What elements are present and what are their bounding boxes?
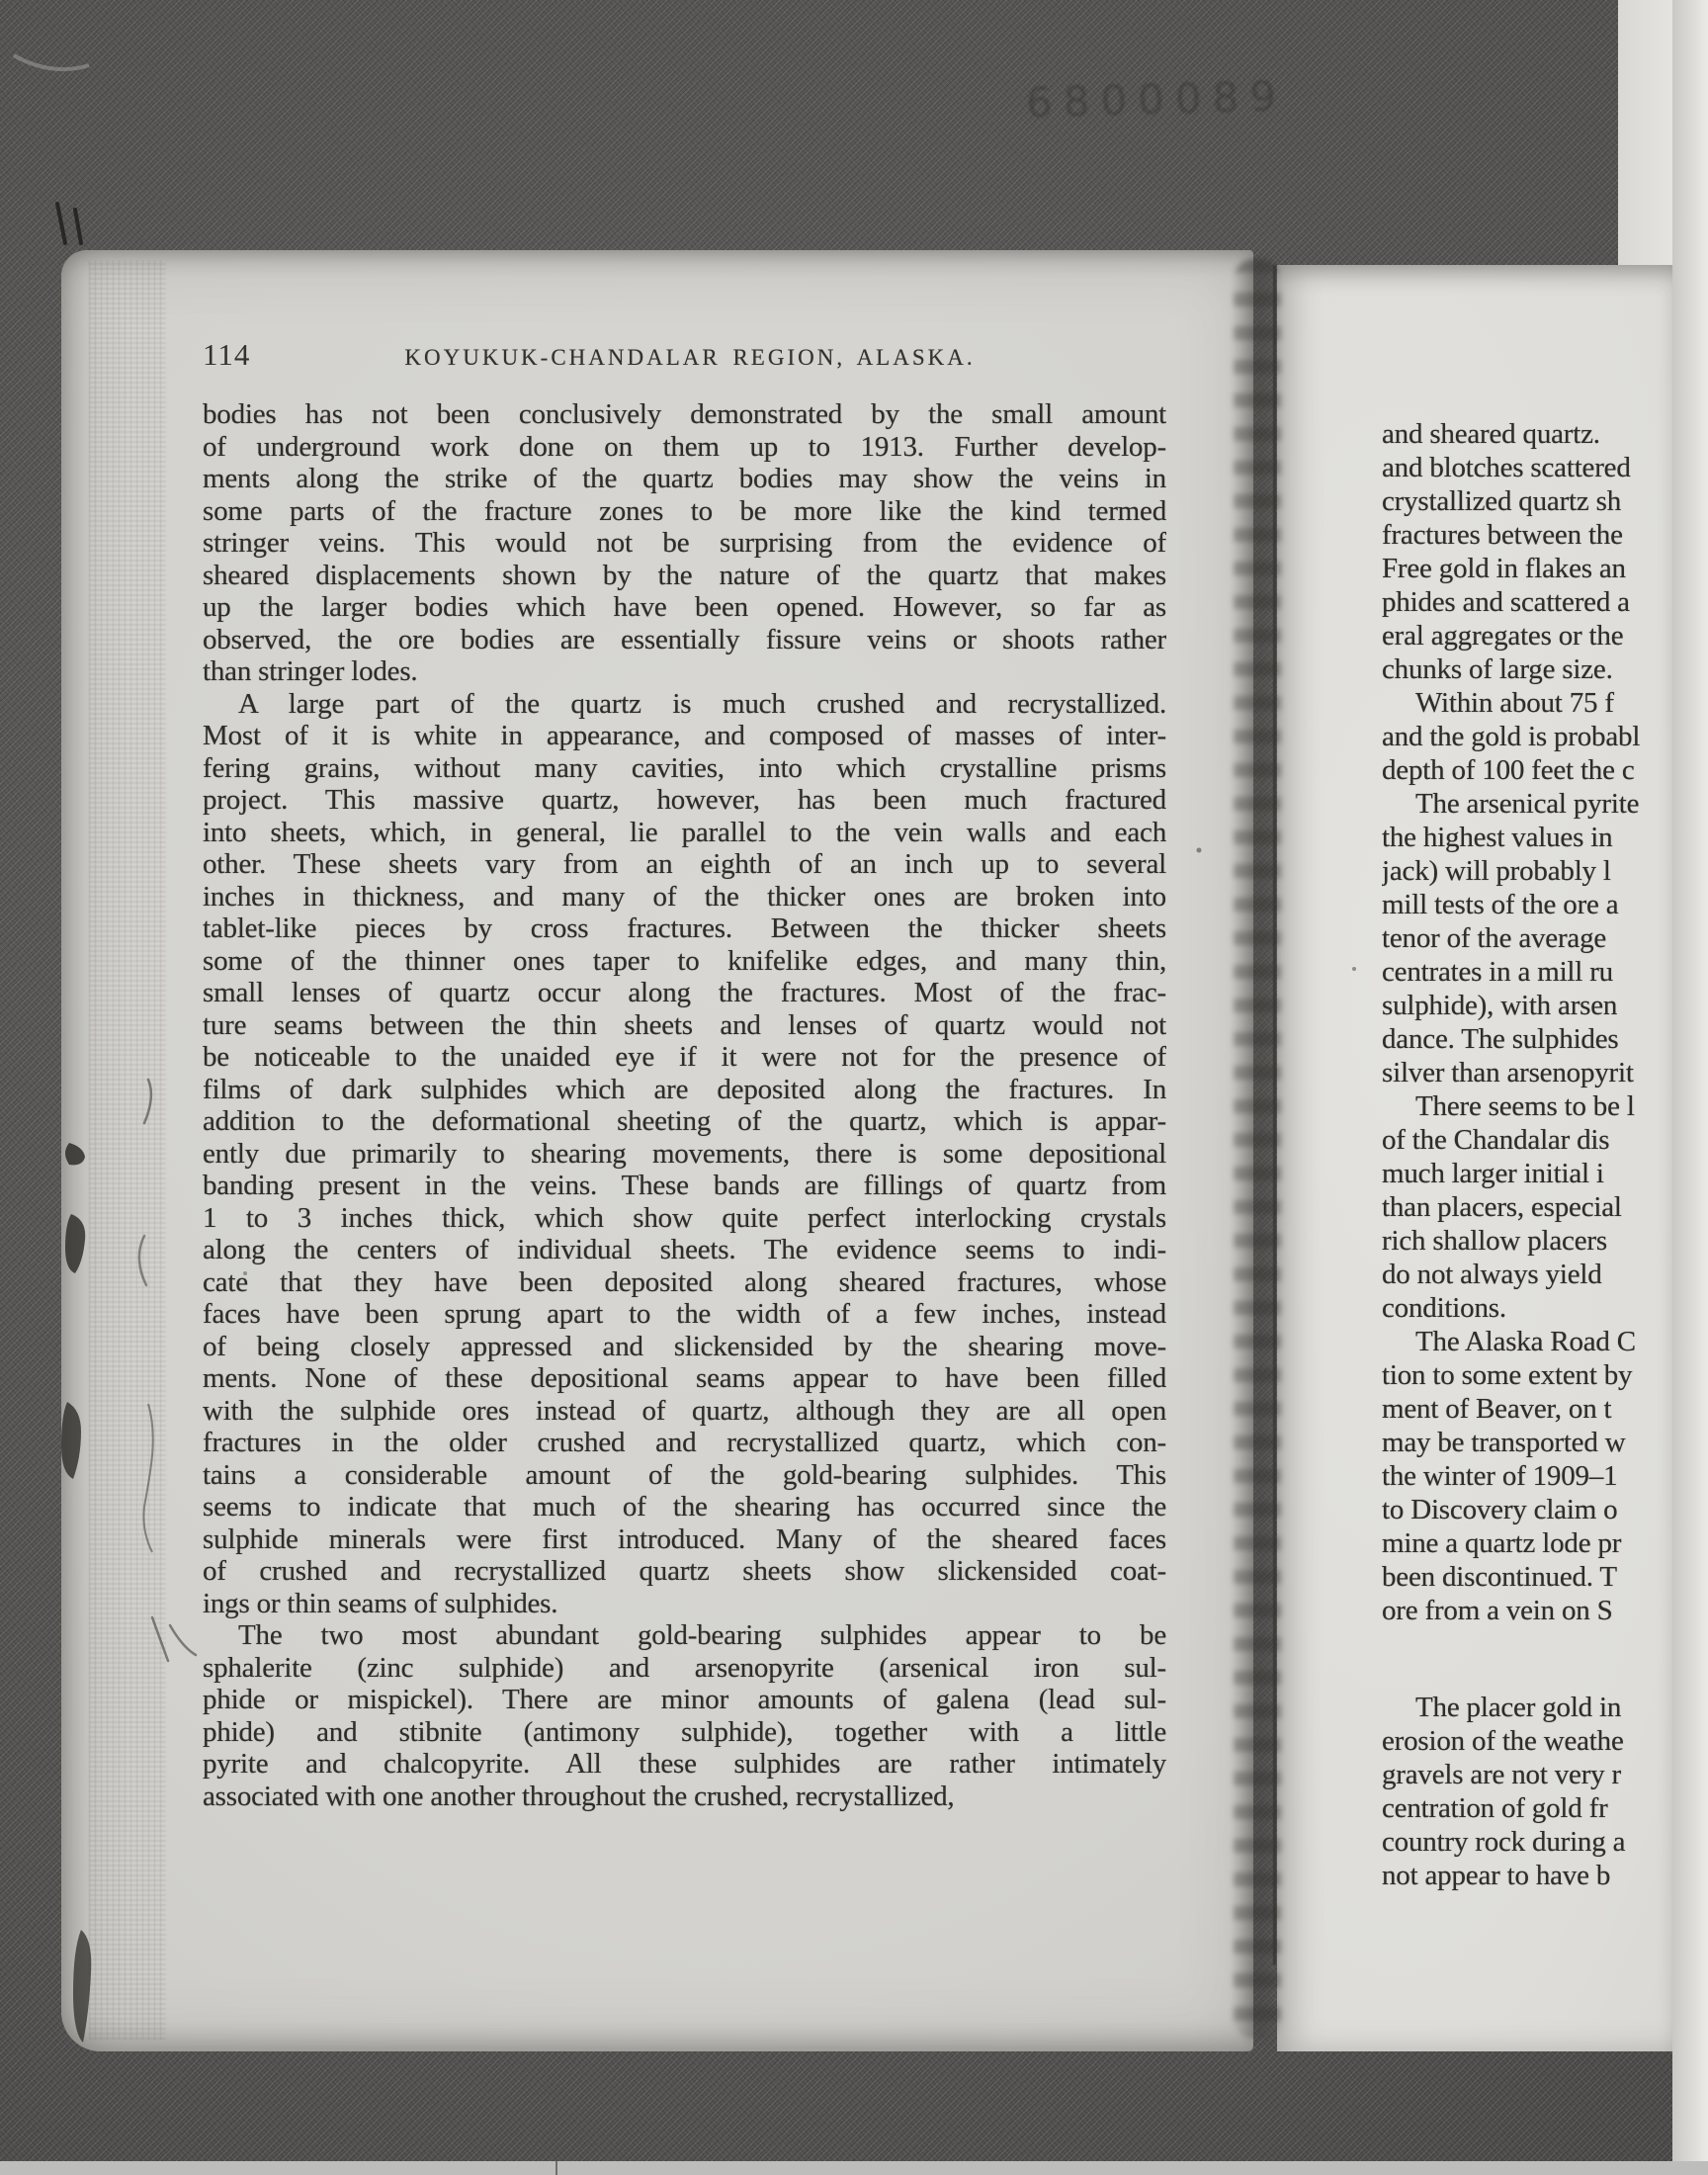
text-line: of underground work done on them up to 1…: [203, 431, 1166, 464]
text-line: tion to some extent by: [1382, 1358, 1672, 1392]
text-line: along the centers of individual sheets. …: [203, 1234, 1166, 1266]
page-number: 114: [203, 337, 250, 373]
paragraph-fragment: There seems to be lof the Chandalar dism…: [1382, 1089, 1672, 1325]
text-line: films of dark sulphides which are deposi…: [203, 1074, 1166, 1106]
photo-edge-bottom: [0, 2161, 1708, 2175]
text-line: small lenses of quartz occur along the f…: [203, 977, 1166, 1009]
text-line: been discontinued. T: [1382, 1560, 1672, 1594]
text-line: fering grains, without many cavities, in…: [203, 752, 1166, 785]
text-line: Most of it is white in appearance, and c…: [203, 720, 1166, 752]
text-line: and sheared quartz.: [1382, 417, 1672, 451]
text-line: other. These sheets vary from an eighth …: [203, 848, 1166, 881]
text-line: to Discovery claim o: [1382, 1493, 1672, 1526]
text-line: phide or mispickel). There are minor amo…: [203, 1684, 1166, 1716]
running-title: KOYUKUK-CHANDALAR REGION, ALASKA.: [245, 345, 1135, 371]
text-line: sheared displacements shown by the natur…: [203, 560, 1166, 592]
text-line: the winter of 1909–1: [1382, 1459, 1672, 1493]
text-line: conditions.: [1382, 1291, 1672, 1325]
text-line: mine a quartz lode pr: [1382, 1526, 1672, 1560]
text-line: fractures in the older crushed and recry…: [203, 1427, 1166, 1459]
text-line: The placer gold in: [1382, 1691, 1672, 1724]
text-line: with the sulphide ores instead of quartz…: [203, 1395, 1166, 1428]
text-line: ments. None of these depositional seams …: [203, 1362, 1166, 1395]
text-line: ently due primarily to shearing movement…: [203, 1138, 1166, 1171]
paragraph-fragment: The arsenical pyritethe highest values i…: [1382, 787, 1672, 1089]
text-line: up the larger bodies which have been ope…: [203, 591, 1166, 624]
faint-archive-stamp: 6800089: [1025, 72, 1287, 128]
text-line: depth of 100 feet the c: [1382, 753, 1672, 787]
text-line: mill tests of the ore a: [1382, 888, 1672, 921]
paragraph-fragment: The placer gold inerosion of the weatheg…: [1382, 1691, 1672, 1892]
photo-edge-tick: [555, 2161, 557, 2175]
text-line: the highest values in: [1382, 821, 1672, 854]
body-text-column: bodies has not been conclusively demonst…: [203, 398, 1166, 1812]
text-line: seems to indicate that much of the shear…: [203, 1491, 1166, 1523]
text-line: erosion of the weathe: [1382, 1724, 1672, 1758]
text-line: ore from a vein on S: [1382, 1594, 1672, 1627]
text-line: centrates in a mill ru: [1382, 955, 1672, 989]
text-line: do not always yield: [1382, 1258, 1672, 1291]
text-line: of being closely appressed and slickensi…: [203, 1331, 1166, 1363]
paragraph: bodies has not been conclusively demonst…: [203, 398, 1166, 688]
text-line: addition to the deformational sheeting o…: [203, 1105, 1166, 1138]
text-line: 1 to 3 inches thick, which show quite pe…: [203, 1202, 1166, 1235]
text-line: faces have been sprung apart to the widt…: [203, 1298, 1166, 1331]
text-line: some parts of the fracture zones to be m…: [203, 495, 1166, 528]
paragraph: The two most abundant gold-bearing sulph…: [203, 1619, 1166, 1812]
text-line: of crushed and recrystallized quartz she…: [203, 1555, 1166, 1588]
text-line: A large part of the quartz is much crush…: [203, 688, 1166, 721]
text-line: sulphide), with arsen: [1382, 989, 1672, 1022]
text-line: tablet-like pieces by cross fractures. B…: [203, 913, 1166, 945]
right-text-column: and sheared quartz.and blotches scattere…: [1382, 417, 1672, 1892]
text-line: ings or thin seams of sulphides.: [203, 1588, 1166, 1620]
text-line: centration of gold fr: [1382, 1791, 1672, 1825]
photo-edge-right: [1672, 0, 1708, 2175]
text-line: phide) and stibnite (antimony sulphide),…: [203, 1716, 1166, 1749]
text-line: into sheets, which, in general, lie para…: [203, 817, 1166, 849]
text-line: tains a considerable amount of the gold-…: [203, 1459, 1166, 1492]
text-line: eral aggregates or the: [1382, 619, 1672, 652]
text-line: be noticeable to the unaided eye if it w…: [203, 1041, 1166, 1074]
text-line: banding present in the veins. These band…: [203, 1170, 1166, 1202]
text-line: The Alaska Road C: [1382, 1325, 1672, 1358]
text-line: tenor of the average: [1382, 921, 1672, 955]
paragraph: A large part of the quartz is much crush…: [203, 688, 1166, 1620]
text-line: pyrite and chalcopyrite. All these sulph…: [203, 1748, 1166, 1781]
text-line: ture seams between the thin sheets and l…: [203, 1009, 1166, 1042]
text-line: fractures between the: [1382, 518, 1672, 552]
text-line: inches in thickness, and many of the thi…: [203, 881, 1166, 913]
text-line: dance. The sulphides: [1382, 1022, 1672, 1056]
text-line: There seems to be l: [1382, 1089, 1672, 1123]
text-line: project. This massive quartz, however, h…: [203, 784, 1166, 817]
text-line: not appear to have b: [1382, 1859, 1672, 1892]
text-line: of the Chandalar dis: [1382, 1123, 1672, 1157]
text-line: and the gold is probabl: [1382, 720, 1672, 753]
text-line: observed, the ore bodies are essentially…: [203, 624, 1166, 656]
text-line: chunks of large size.: [1382, 652, 1672, 686]
text-line: may be transported w: [1382, 1426, 1672, 1459]
text-line: cate that they have been deposited along…: [203, 1266, 1166, 1299]
paragraph-fragment: and sheared quartz.and blotches scattere…: [1382, 417, 1672, 686]
paragraph-fragment: The Alaska Road Ction to some extent bym…: [1382, 1325, 1672, 1627]
text-line: Within about 75 f: [1382, 686, 1672, 720]
page-stack-edge-texture: [89, 260, 166, 2040]
text-line: The arsenical pyrite: [1382, 787, 1672, 821]
text-line: associated with one another throughout t…: [203, 1781, 1166, 1813]
text-line: sphalerite (zinc sulphide) and arsenopyr…: [203, 1652, 1166, 1685]
text-line: sulphide minerals were first introduced.…: [203, 1523, 1166, 1556]
text-line: crystallized quartz sh: [1382, 484, 1672, 518]
text-line: than stringer lodes.: [203, 655, 1166, 688]
text-line: Free gold in flakes an: [1382, 552, 1672, 585]
text-line: jack) will probably l: [1382, 854, 1672, 888]
paragraph-fragment: Within about 75 fand the gold is probabl…: [1382, 686, 1672, 787]
text-line: than placers, especial: [1382, 1190, 1672, 1224]
right-page-cropped: and sheared quartz.and blotches scattere…: [1277, 265, 1672, 2051]
text-line: stringer veins. This would not be surpri…: [203, 527, 1166, 560]
text-line: The two most abundant gold-bearing sulph…: [203, 1619, 1166, 1652]
left-page: 114 KOYUKUK-CHANDALAR REGION, ALASKA. bo…: [61, 250, 1253, 2051]
text-line: rich shallow placers: [1382, 1224, 1672, 1258]
text-line: gravels are not very r: [1382, 1758, 1672, 1791]
text-line: some of the thinner ones taper to knifel…: [203, 945, 1166, 978]
text-line: bodies has not been conclusively demonst…: [203, 398, 1166, 431]
book-spine-line: [1273, 265, 1276, 1965]
text-line: ments along the strike of the quartz bod…: [203, 463, 1166, 495]
text-line: ment of Beaver, on t: [1382, 1392, 1672, 1426]
text-line: much larger initial i: [1382, 1157, 1672, 1190]
text-line: country rock during a: [1382, 1825, 1672, 1859]
text-line: and blotches scattered: [1382, 451, 1672, 484]
text-line: phides and scattered a: [1382, 585, 1672, 619]
text-line: silver than arsenopyrit: [1382, 1056, 1672, 1089]
